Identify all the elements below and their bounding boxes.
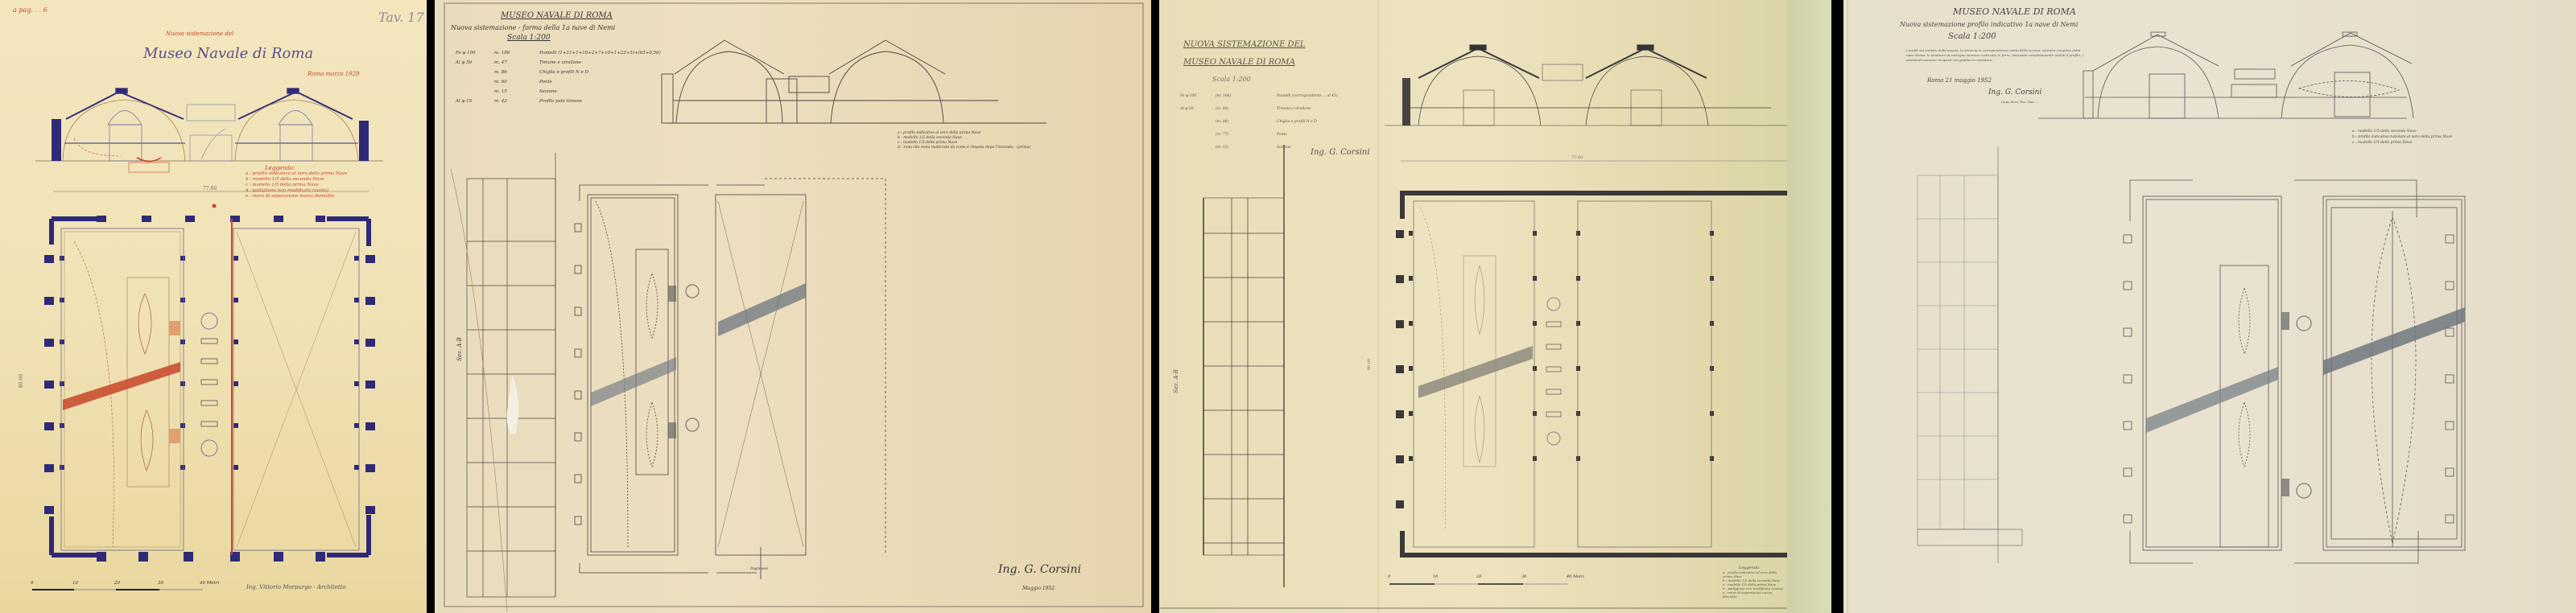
signature-title: Capo Serv. Tec. Gen. ... (2001, 100, 2039, 104)
plate-subtitle: Nuova sistemazione - forma della 1a nave… (451, 24, 615, 31)
width-dimension: 77.60 (203, 186, 217, 191)
plate-1-drawing (0, 0, 427, 613)
plate-signature: Ing. G. Corsini (1311, 148, 1370, 157)
legend-item: a : profilo indicativo al vero della pri… (246, 171, 347, 177)
plate-2-photo: MUSEO NAVALE DI ROMA Nuova sistemazione … (435, 0, 1151, 613)
material-row: Al φ 15m. 42Profilo palo timone (456, 97, 661, 106)
legend-item: a : profilo indicativo al vero della pri… (1723, 570, 1787, 578)
plate-signature: Roma marzo 1929 (308, 71, 360, 77)
plate-scale: Scala 1:200 (507, 34, 551, 42)
side-elevation-strip (451, 153, 555, 611)
architect-credit: Ing. Vittorio Morpurgo - Architetto (246, 584, 346, 590)
section-label: Sez. A-B (456, 337, 463, 361)
side-elevation-strip (1203, 145, 1284, 587)
plate-signature: Ing. G. Corsini (998, 563, 1081, 576)
floor-plan (2124, 180, 2465, 563)
side-elevation-strip (1918, 146, 2022, 563)
scale-tick: 40 Metri (1567, 574, 1584, 579)
floor-plan (575, 179, 885, 573)
width-dimension: 77.60 (1571, 155, 1583, 160)
place-date: Roma 21 maggio 1952 (1927, 77, 1992, 84)
plate-title: MUSEO NAVALE DI ROMA (1953, 6, 2076, 17)
scale-tick: 30 (1521, 574, 1526, 579)
scale-bar-labels: 0 10 20 30 40 Metri (31, 581, 224, 589)
scale-tick: 20 (114, 581, 120, 586)
legend-item: b : profilo indicativo tubolare al vero … (2352, 134, 2452, 140)
scale-bar-labels: 0 10 20 30 40 Metri (1388, 574, 1597, 582)
plate-number: Tav. 17 (378, 10, 424, 25)
plate-title: MUSEO NAVALE DI ROMA (501, 11, 613, 20)
material-row: Al φ 50(m. 46)Timone e strallone (1180, 103, 1338, 116)
legend-item: d : zona che resta inalterata da come è … (898, 146, 1030, 150)
legend-item: d : padiglione non modificato (vuoto) (246, 188, 347, 194)
scale-tick: 0 (31, 581, 34, 586)
material-row: Fe φ 100(m. 186)Puntelli (corrispondente… (1180, 90, 1338, 103)
material-row: Fe φ 100m. 186Puntelli (1+11+1+10+2+7+10… (456, 48, 661, 58)
materials-table: Fe φ 100(m. 186)Puntelli (corrispondente… (1180, 90, 1338, 154)
scale-tick: 30 (158, 581, 163, 586)
section-elevation (35, 88, 383, 172)
scale-tick: 10 (1433, 574, 1438, 579)
section-label: Sez. A-B (1173, 369, 1179, 393)
plate-note: I profili sul sinistro della navata, la … (1906, 48, 2083, 63)
plate-1-photo: a pag. . . 6 Tav. 17 Nuova sistemazione … (0, 0, 427, 613)
scale-tick: 0 (1388, 574, 1390, 579)
legend-item: e : muro di separazione nuova demolito (1723, 590, 1787, 599)
section-elevation (662, 40, 1046, 123)
entrance-label: Ingresso (750, 566, 768, 571)
material-row: Al φ 50m. 47Timone e strallone (456, 58, 661, 68)
plate-scale: Scala 1:200 (1212, 76, 1251, 83)
legend-item: a : modello 1/5 della seconda Nave (2352, 129, 2452, 134)
plate-subtitle: Nuova sistemazione del (166, 31, 233, 37)
scale-tick: 20 (1476, 574, 1481, 579)
legend: a : profilo indicativo al vero della pri… (898, 131, 1030, 150)
legend-item: c : modello 1/5 della prima Nave (246, 183, 347, 188)
material-row: m. 15Sezione (456, 87, 661, 97)
material-row: m. 86Chiglia e profili N e D (456, 68, 661, 77)
scale-tick: 10 (72, 581, 78, 586)
material-row: m. 60Ponte (456, 77, 661, 87)
legend-heading: Leggenda: (246, 166, 347, 171)
plate-3-edge-photo (1787, 0, 1831, 613)
floor-plan (1389, 161, 1787, 584)
material-row: (m. 86)Chiglia e profili N e D (1180, 116, 1338, 129)
legend-item: c : modello 1/5 della prima Nave (2352, 140, 2452, 146)
plate-3-photo: NUOVA SISTEMAZIONE DEL MUSEO NAVALE DI R… (1159, 0, 1787, 613)
plate-signature: Ing. G. Corsini (1988, 88, 2041, 97)
plate-title-line-2: MUSEO NAVALE DI ROMA (1183, 58, 1295, 67)
height-dimension: 80.00 (1367, 359, 1372, 370)
legend-item: e : muro di separazione nuova demolito (246, 194, 347, 200)
plate-subtitle: Nuova sistemazione profilo indicativo 1a… (1900, 21, 2078, 28)
legend: Leggenda: a : profilo indicativo al vero… (1723, 566, 1787, 599)
floor-plan (32, 191, 375, 590)
plate-scale: Scala 1:200 (1948, 32, 1996, 41)
materials-table: Fe φ 100m. 186Puntelli (1+11+1+10+2+7+10… (456, 48, 661, 106)
legend: a : modello 1/5 della seconda Nave b : p… (2352, 129, 2452, 146)
plate-4-photo: MUSEO NAVALE DI ROMA Nuova sistemazione … (1843, 0, 2576, 613)
material-row: (m. 77)Ponte (1180, 129, 1338, 142)
legend-item: b : modello 1/5 della seconda Nave (246, 177, 347, 183)
height-dimension: 80.00 (19, 374, 24, 388)
plate-title-line-1: NUOVA SISTEMAZIONE DEL (1183, 40, 1306, 49)
section-elevation (2038, 32, 2413, 118)
legend: Leggenda: a : profilo indicativo al vero… (246, 166, 347, 200)
scale-tick: 40 Metri (200, 581, 219, 586)
plate-title: Museo Navale di Roma (143, 45, 313, 62)
plate-date: Maggio 1952 (1022, 586, 1055, 591)
page-ref-note: a pag. . . 6 (13, 6, 47, 14)
plate-4-drawing (1843, 0, 2576, 613)
section-elevation (1385, 45, 1787, 125)
